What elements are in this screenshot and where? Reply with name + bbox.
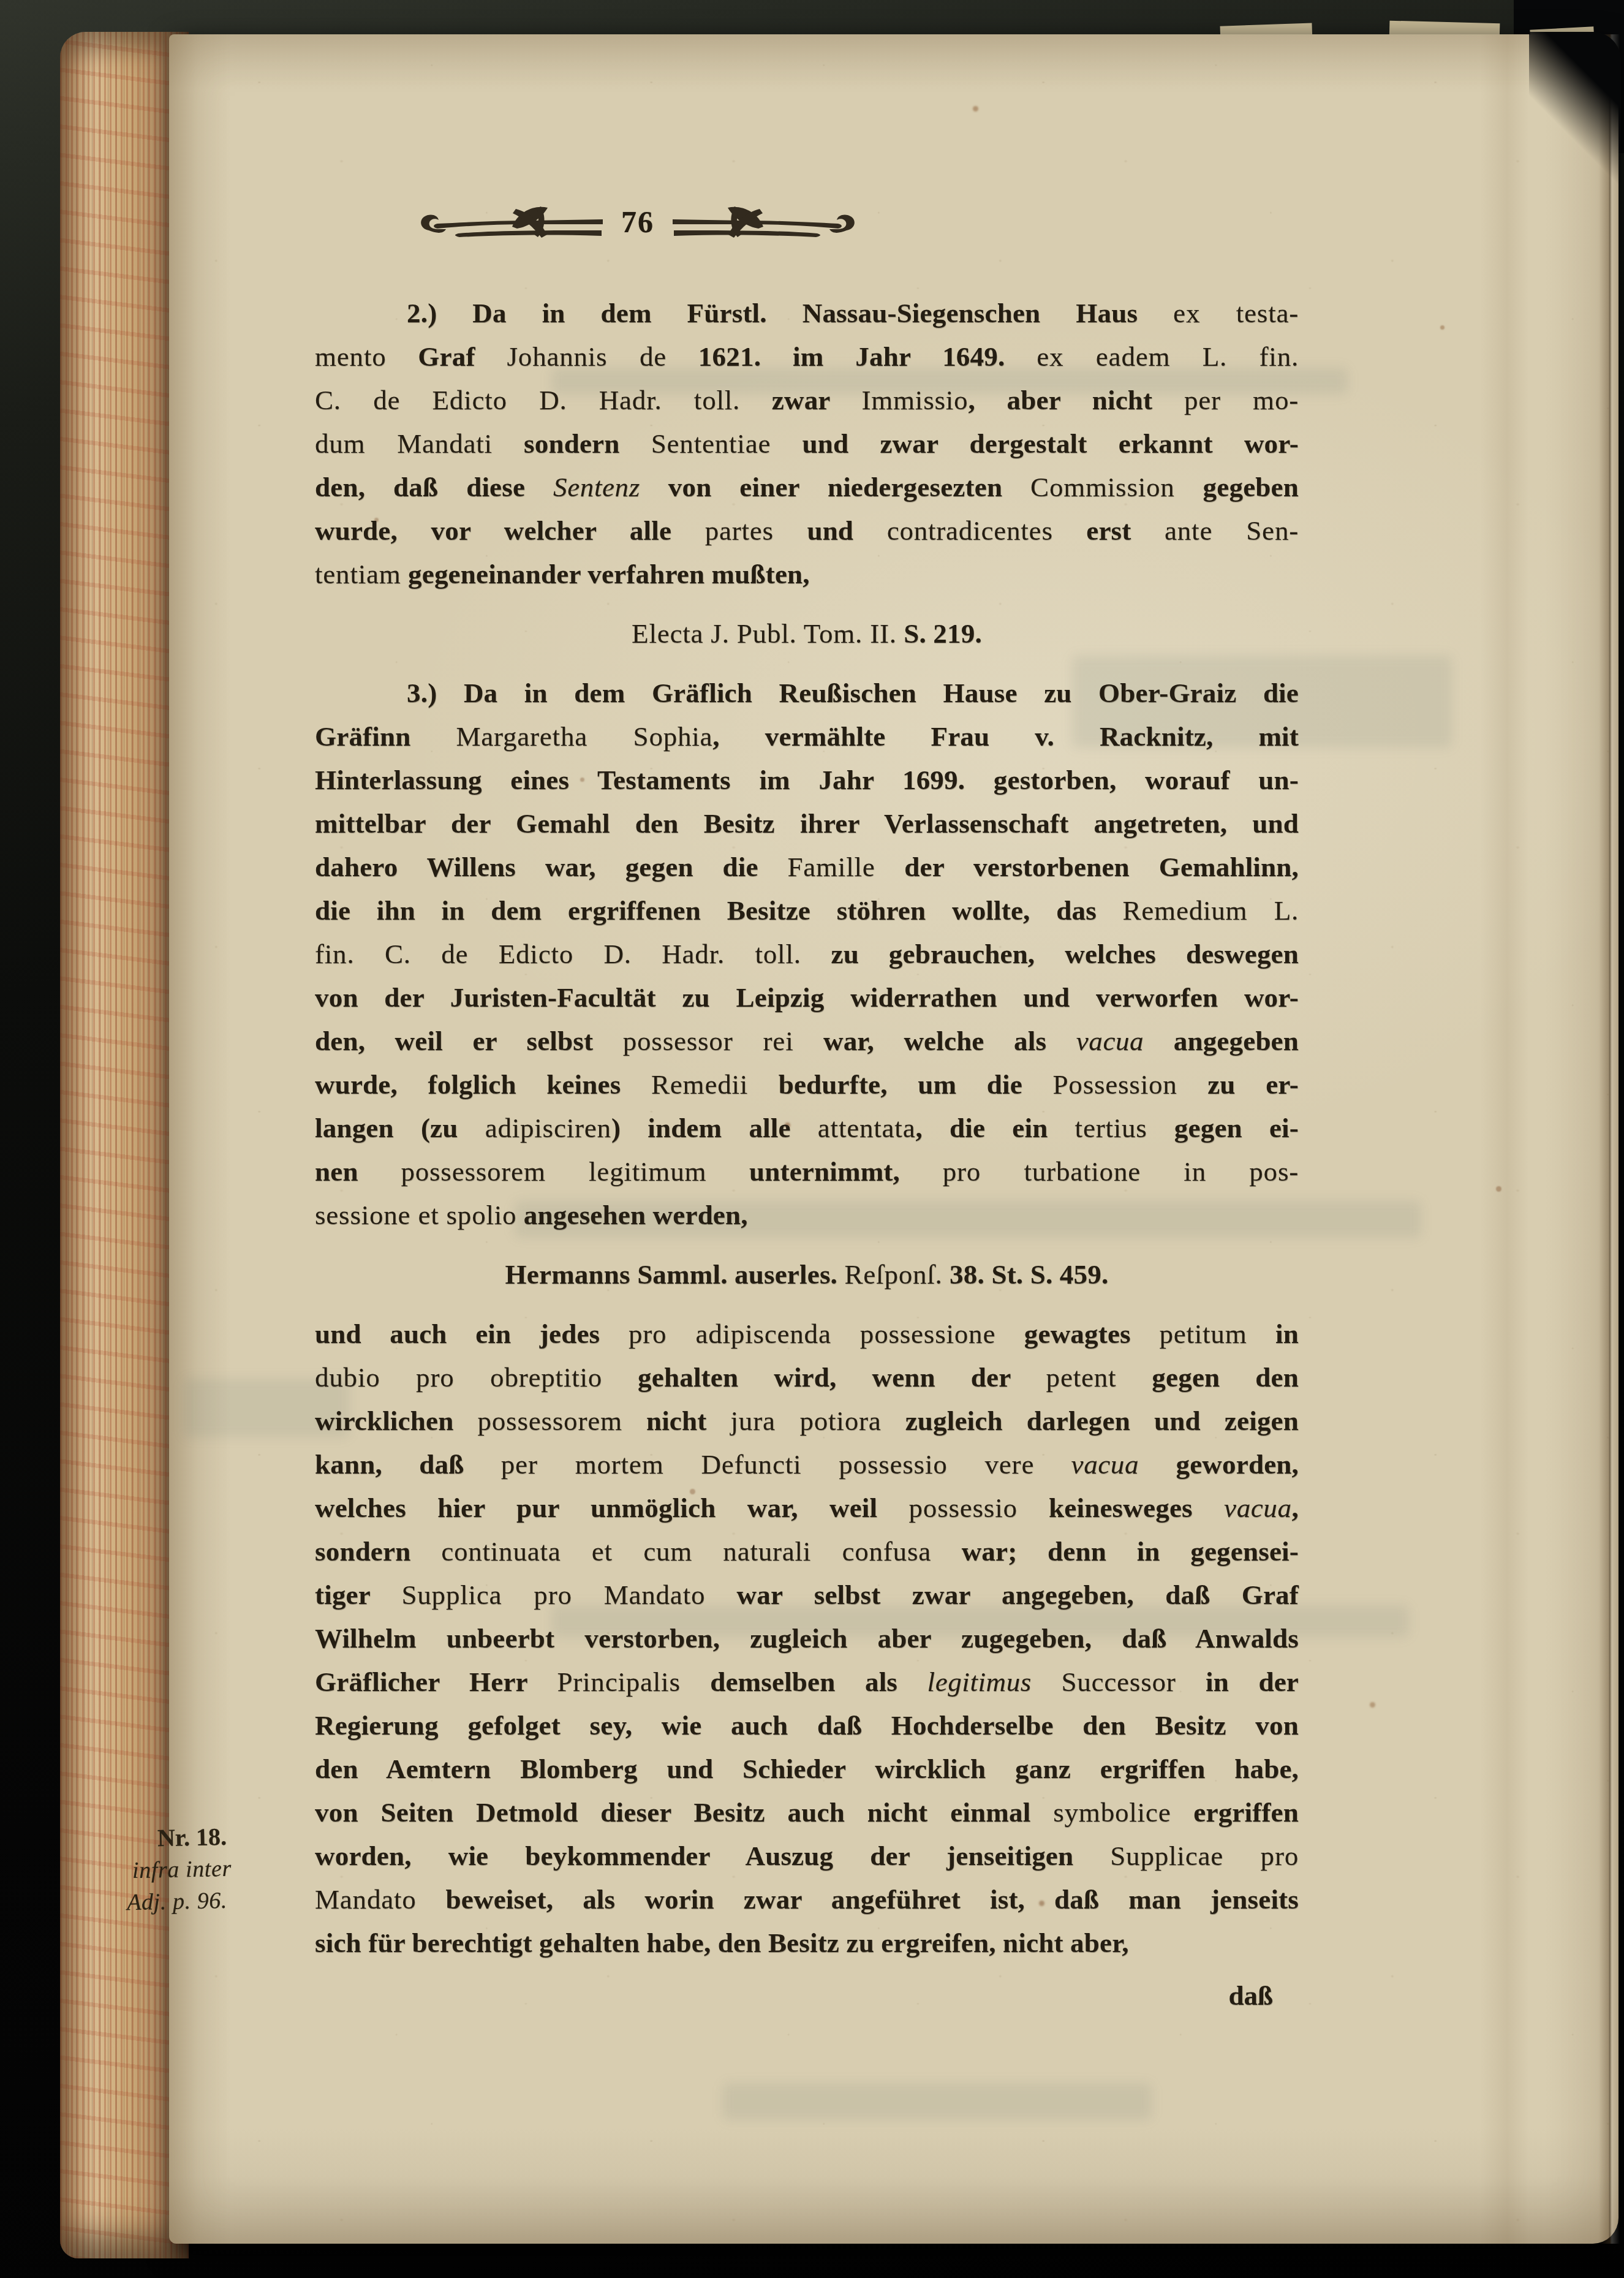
paragraph: 2.) Da in dem Fürstl. Nassau-Siegenschen… [315,292,1299,596]
paragraph: und auch ein jedes pro adipiscenda posse… [315,1312,1299,1965]
text-line: Hermanns Samml. auserles. Reſponſ. 38. S… [315,1253,1299,1296]
text-line: mittelbar der Gemahl den Besitz ihrer Ve… [315,802,1299,846]
text-line: dahero Willens war, gegen die Famille de… [315,846,1299,889]
text-line: wurde, folglich keines Remedii bedurfte,… [315,1063,1299,1107]
text-line: sondern continuata et cum naturali confu… [315,1530,1299,1573]
text-line: den, weil er selbst possessor rei war, w… [315,1020,1299,1063]
text-line: wurde, vor welcher alle partes und contr… [315,509,1299,553]
scanned-book-photo: 76 2.) Da in dem Fürstl. Nassau-Siegensc… [0,0,1624,2278]
page-number: 76 [621,202,654,241]
text-line: von der Juristen-Facultät zu Leipzig wid… [315,976,1299,1020]
margin-note-line: Nr. 18. [125,1819,320,1855]
text-line: nen possessorem legitimum unternimmt, pr… [315,1150,1299,1194]
text-line: von Seiten Detmold dieser Besitz auch ni… [315,1791,1299,1834]
text-line: welches hier pur unmöglich war, weil pos… [315,1486,1299,1530]
fleuron-ornament-right-icon [671,202,856,241]
text-line: mento Graf Johannis de 1621. im Jahr 164… [315,335,1299,379]
text-line: 2.) Da in dem Fürstl. Nassau-Siegenschen… [315,292,1299,335]
fleuron-ornament-left-icon [419,202,604,241]
page-fold-crease [1599,34,1620,2244]
foxing-spots [0,0,3,3]
text-line: die ihn in dem ergriffenen Besitze stöhr… [315,889,1299,933]
catchword: daß [1228,1980,1273,2011]
text-line: C. de Edicto D. Hadr. toll. zwar Immissi… [315,379,1299,422]
text-line: Gräfinn Margaretha Sophia, vermählte Fra… [315,715,1299,759]
text-block: 2.) Da in dem Fürstl. Nassau-Siegenschen… [315,292,1299,1965]
page-corner-shadow [1529,32,1621,191]
text-line: tiger Supplica pro Mandato war selbst zw… [315,1573,1299,1617]
text-line: kann, daß per mortem Defuncti possessio … [315,1443,1299,1486]
text-line: dum Mandati sondern Sententiae und zwar … [315,422,1299,466]
text-line: Mandato beweiset, als worin zwar angefüh… [315,1878,1299,1921]
citation: Hermanns Samml. auserles. Reſponſ. 38. S… [315,1253,1299,1296]
text-line: 3.) Da in dem Gräflich Reußischen Hause … [315,672,1299,715]
text-line: tentiam gegeneinander verfahren mußten, [315,553,1299,596]
text-line: Hinterlassung eines Testaments im Jahr 1… [315,759,1299,802]
margin-note: Nr. 18.infra interAdj. p. 96. [125,1819,322,1919]
text-line: fin. C. de Edicto D. Hadr. toll. zu gebr… [315,933,1299,976]
text-line: Electa J. Publ. Tom. II. S. 219. [315,612,1299,656]
page-header: 76 [146,202,1130,241]
text-line: Gräflicher Herr Principalis demselben al… [315,1660,1299,1704]
citation: Electa J. Publ. Tom. II. S. 219. [315,612,1299,656]
catchword-row: daß [315,1974,1299,2018]
text-line: wircklichen possessorem nicht jura potio… [315,1399,1299,1443]
margin-note-line: infra inter [126,1851,321,1887]
text-line: langen (zu adipisciren) indem alle atten… [315,1107,1299,1150]
text-line: Regierung gefolget sey, wie auch daß Hoc… [315,1704,1299,1747]
text-line: den Aemtern Blomberg und Schieder wirckl… [315,1747,1299,1791]
paragraph: 3.) Da in dem Gräflich Reußischen Hause … [315,672,1299,1237]
text-line: und auch ein jedes pro adipiscenda posse… [315,1312,1299,1356]
text-line: sich für berechtigt gehalten habe, den B… [315,1921,1299,1965]
text-line: worden, wie beykommender Auszug der jens… [315,1834,1299,1878]
text-line: Wilhelm unbeerbt verstorben, zugleich ab… [315,1617,1299,1660]
text-line: dubio pro obreptitio gehalten wird, wenn… [315,1356,1299,1399]
margin-note-line: Adj. p. 96. [127,1883,322,1919]
page-curvature-shading [1480,34,1529,2244]
text-line: sessione et spolio angesehen werden, [315,1194,1299,1237]
text-line: den, daß diese Sentenz von einer niederg… [315,466,1299,509]
